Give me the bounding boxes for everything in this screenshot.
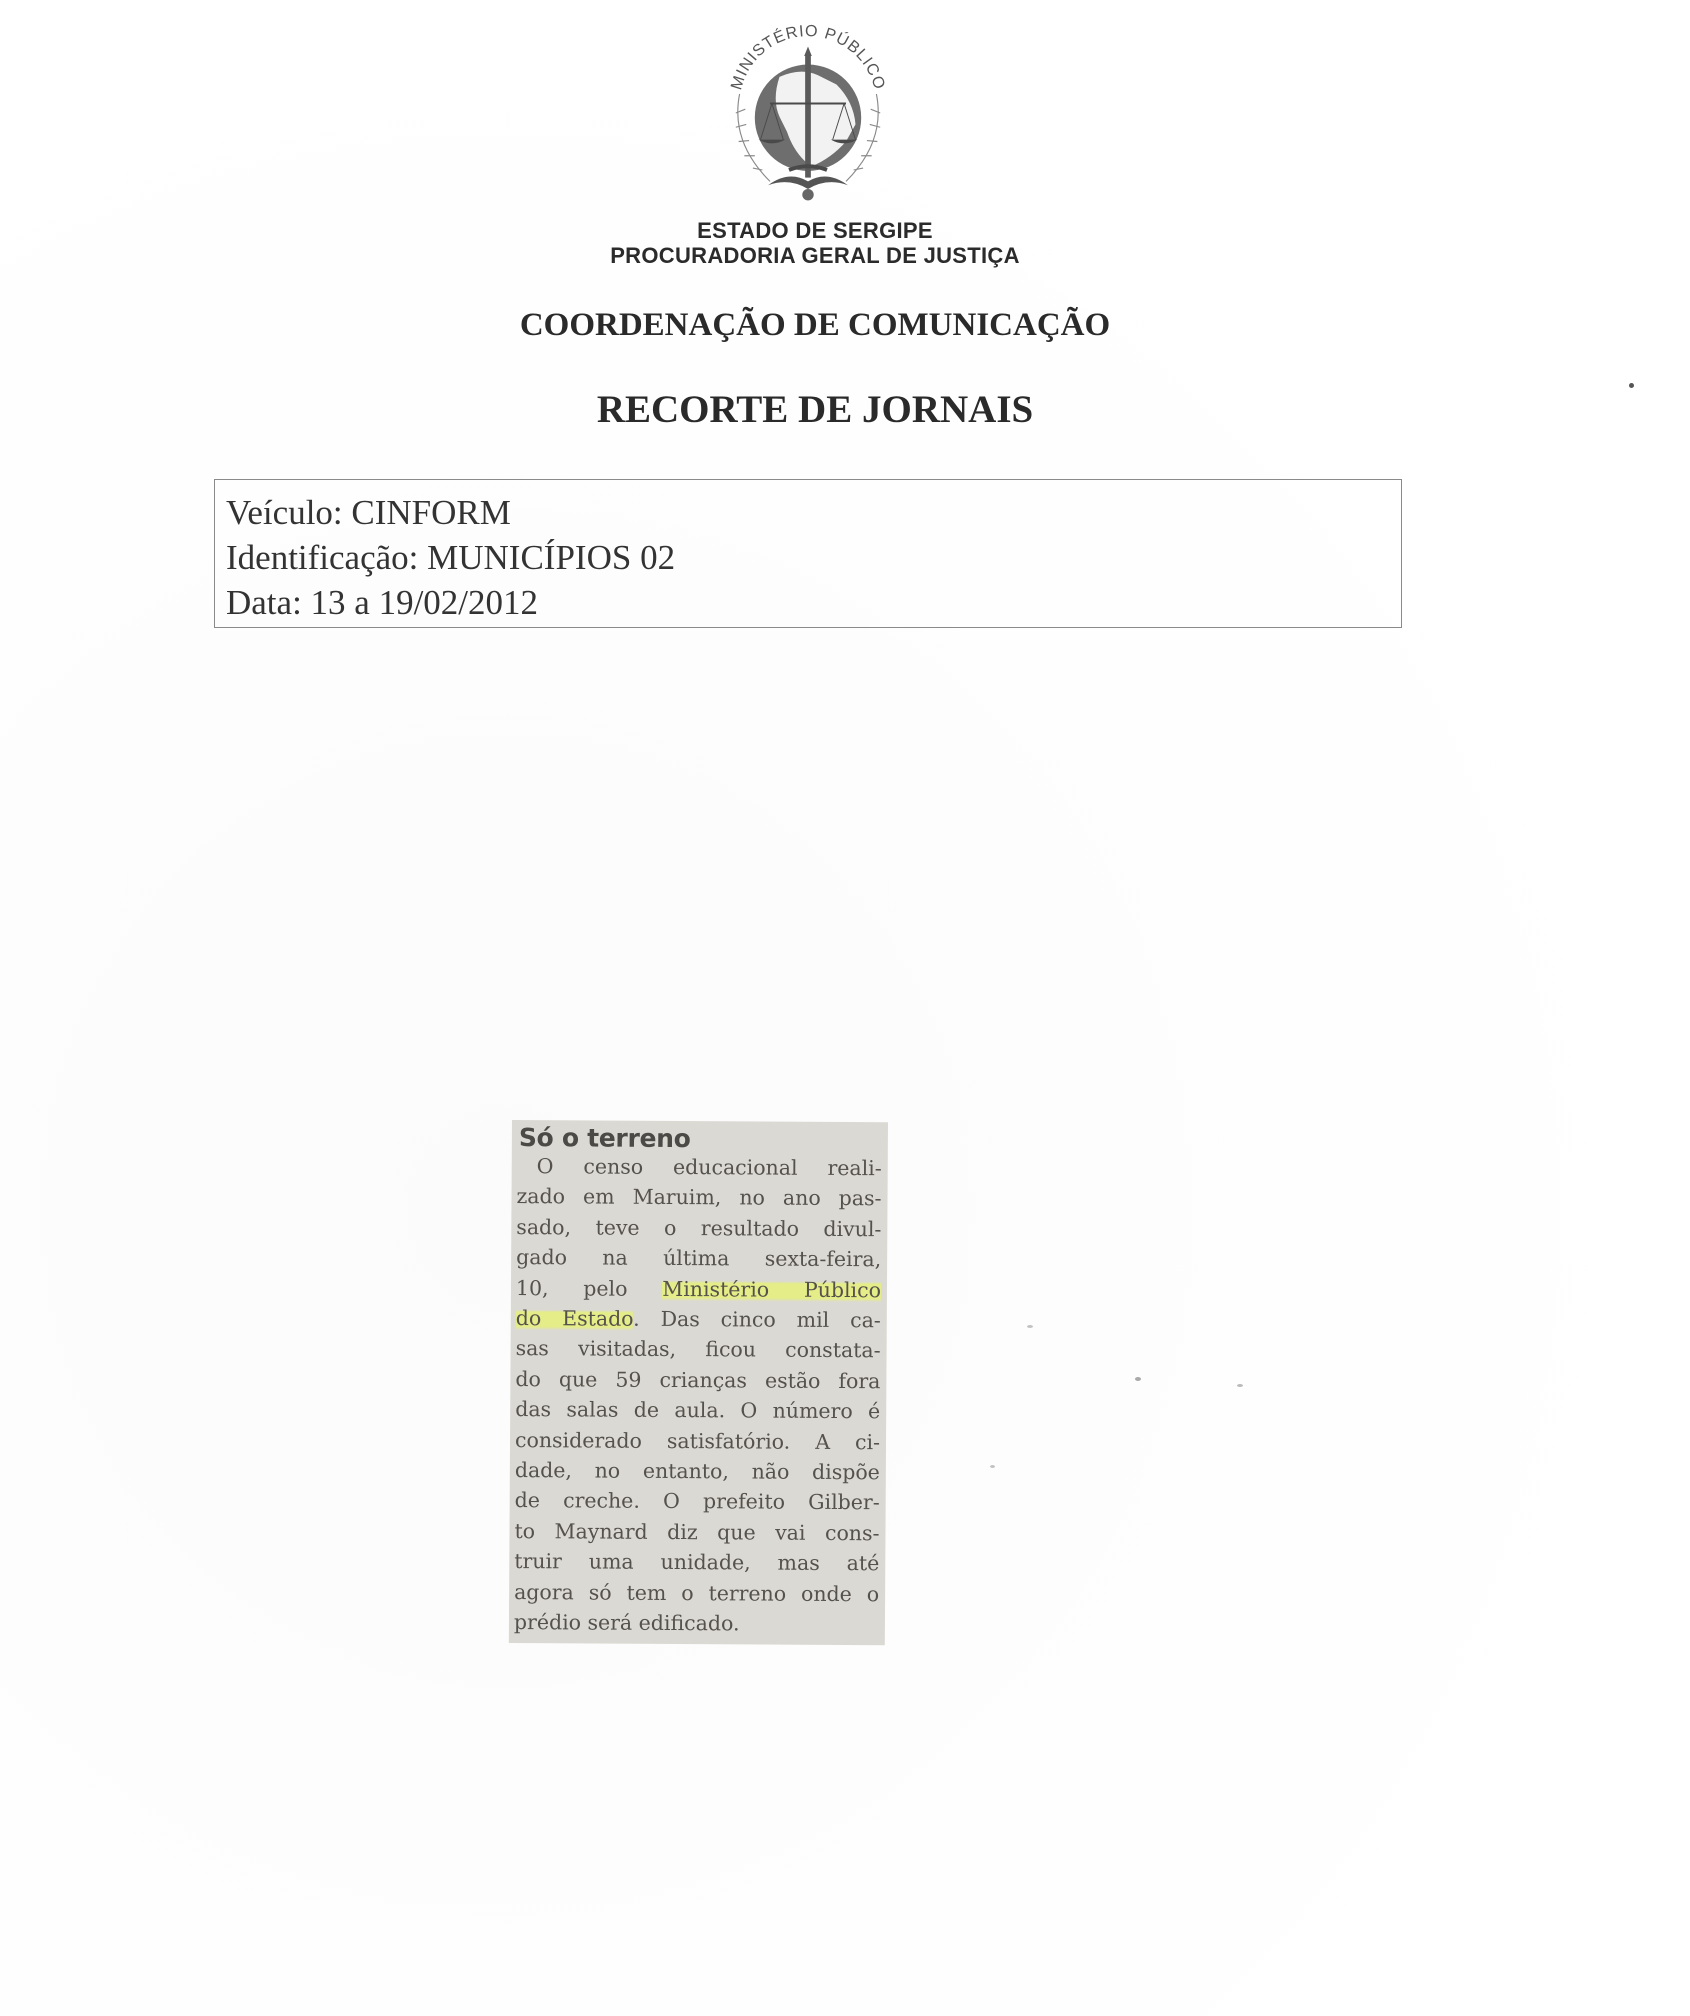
scan-speck	[1629, 383, 1634, 388]
clipping-line: das salas de aula. O número é	[515, 1394, 880, 1427]
clipping-line-highlighted: 10, pelo Ministério Público	[516, 1273, 881, 1306]
clipping-text: 10, pelo	[516, 1276, 662, 1301]
vehicle-field: Veículo: CINFORM	[226, 490, 1401, 535]
scan-speck	[1027, 1325, 1033, 1328]
scan-speck	[1135, 1377, 1141, 1381]
clipping-line: considerado satisfatório. A ci-	[515, 1425, 880, 1458]
clipping-line-highlighted: do Estado. Das cinco mil ca-	[516, 1303, 881, 1336]
clipping-info-box: Veículo: CINFORM Identificação: MUNICÍPI…	[214, 479, 1402, 628]
scanned-page: MINISTÉRIO PÚBLICO ESTADO DE SERGIPE PRO…	[0, 0, 1690, 2016]
clipping-line: sas visitadas, ficou constata-	[516, 1333, 881, 1366]
clipping-line: do que 59 crianças estão fora	[515, 1364, 880, 1397]
date-field: Data: 13 a 19/02/2012	[226, 580, 1401, 625]
scan-speck	[990, 1465, 995, 1468]
agency-name: PROCURADORIA GERAL DE JUSTIÇA	[0, 243, 1630, 269]
clipping-line: dade, no entanto, não dispõe	[515, 1455, 880, 1488]
clipping-line: zado em Maruim, no ano pas-	[516, 1181, 881, 1214]
clipping-line: gado na última sexta-feira,	[516, 1242, 881, 1275]
scan-speck	[1237, 1384, 1243, 1387]
identification-field: Identificação: MUNICÍPIOS 02	[226, 535, 1401, 580]
clipping-line: sado, teve o resultado divul-	[516, 1212, 881, 1245]
clipping-line: agora só tem o terreno onde o	[514, 1577, 879, 1610]
clipping-headline: Só o terreno	[519, 1125, 882, 1153]
document-title: RECORTE DE JORNAIS	[0, 387, 1630, 432]
ministerio-publico-seal-icon: MINISTÉRIO PÚBLICO	[712, 18, 904, 208]
clipping-line: prédio será edificado.	[514, 1607, 879, 1640]
highlighted-text: do Estado	[516, 1306, 634, 1331]
state-name: ESTADO DE SERGIPE	[0, 218, 1630, 244]
clipping-line: truir uma unidade, mas até	[514, 1546, 879, 1579]
clipping-line: de creche. O prefeito Gilber-	[515, 1485, 880, 1518]
clipping-text: . Das cinco mil ca-	[633, 1307, 881, 1333]
clipping-line: to Maynard diz que vai cons-	[514, 1516, 879, 1549]
newspaper-clipping: Só o terreno O censo educacional reali- …	[509, 1120, 888, 1645]
department-title: COORDENAÇÃO DE COMUNICAÇÃO	[0, 307, 1630, 344]
clipping-body: O censo educacional reali- zado em Marui…	[514, 1151, 882, 1640]
clipping-line: O censo educacional reali-	[517, 1151, 882, 1184]
highlighted-text: Ministério Público	[662, 1277, 881, 1302]
